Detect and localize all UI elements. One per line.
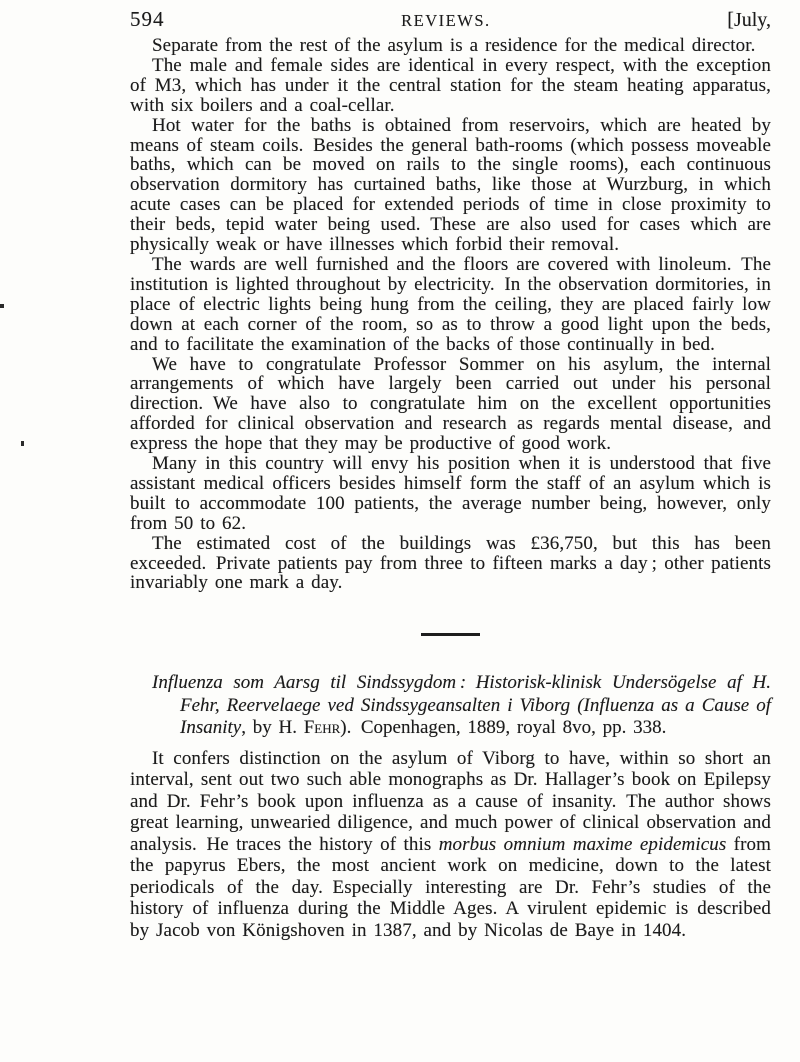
body-paragraph: We have to congratulate Professor Sommer… xyxy=(130,355,771,455)
body-paragraph: The wards are well furnished and the flo… xyxy=(130,255,771,355)
citation-imprint: ). Copenhagen, 1889, royal 8vo, pp. 338. xyxy=(340,717,666,738)
scan-artifact xyxy=(0,304,4,308)
review-opening-paragraph: It confers distinction on the asylum of … xyxy=(130,748,771,942)
body-paragraph: Many in this country will envy his posit… xyxy=(130,454,771,534)
body-paragraph: Separate from the rest of the asylum is … xyxy=(130,36,771,56)
issue-date: [July, xyxy=(727,9,771,32)
page-number: 594 xyxy=(130,7,165,32)
body-paragraph: Hot water for the baths is obtained from… xyxy=(130,116,771,255)
text-block: 594 REVIEWS. [July, Separate from the re… xyxy=(130,0,771,941)
review-body: Separate from the rest of the asylum is … xyxy=(130,36,771,593)
scan-artifact xyxy=(21,441,24,446)
body-paragraph: The male and female sides are identical … xyxy=(130,56,771,116)
section-divider xyxy=(421,633,480,636)
running-title: REVIEWS. xyxy=(401,11,490,31)
latin-phrase-italic: morbus omnium maxime epidemicus xyxy=(439,834,727,855)
page-header: 594 REVIEWS. [July, xyxy=(130,0,771,36)
citation-by-text: , by H. xyxy=(241,717,303,738)
citation-author-smallcaps: Fehr xyxy=(304,717,341,738)
citation-heading: Influenza som Aarsg til Sindssygdom : Hi… xyxy=(130,672,771,739)
scanned-page: 594 REVIEWS. [July, Separate from the re… xyxy=(0,0,800,1062)
body-paragraph: The estimated cost of the buildings was … xyxy=(130,534,771,594)
